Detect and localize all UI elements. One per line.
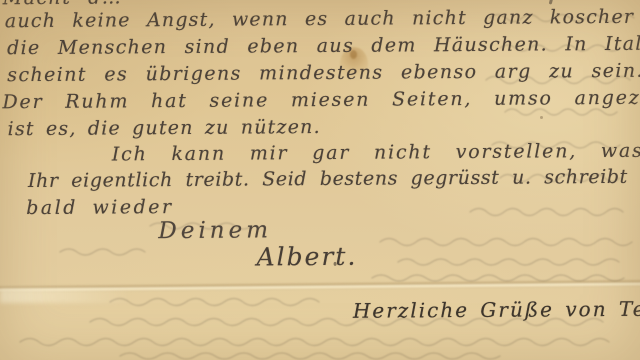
handwriting-layer: Macht d… auch keine Angst, wenn es auch …	[0, 0, 640, 360]
letter-page: Macht d… auch keine Angst, wenn es auch …	[0, 0, 640, 360]
handwritten-line-6: Ich kann mir gar nicht vorstellen, was	[112, 140, 640, 166]
valediction: Deinem	[158, 217, 272, 244]
handwritten-line-8: bald wieder	[26, 196, 173, 219]
handwritten-line-7: Ihr eigentlich treibt. Seid bestens gegr…	[28, 166, 628, 192]
handwritten-line-1: auch keine Angst, wenn es auch nicht gan…	[5, 5, 640, 32]
handwritten-line-5: ist es, die guten zu nützen.	[8, 116, 321, 140]
top-edge-fragment-line: Macht d…	[3, 0, 123, 9]
postscript-greeting: Herzliche Grüße von Teddy	[353, 296, 640, 322]
signature: Albert.	[256, 242, 357, 272]
handwritten-line-2: die Menschen sind eben aus dem Häuschen.…	[7, 33, 640, 60]
signature-period-dot	[334, 262, 337, 266]
handwritten-line-3: scheint es übrigens mindestens ebenso ar…	[7, 60, 640, 86]
top-edge-stroke-fragment	[549, 0, 554, 5]
handwritten-line-4: Der Ruhm hat seine miesen Seiten, umso a…	[2, 86, 640, 113]
